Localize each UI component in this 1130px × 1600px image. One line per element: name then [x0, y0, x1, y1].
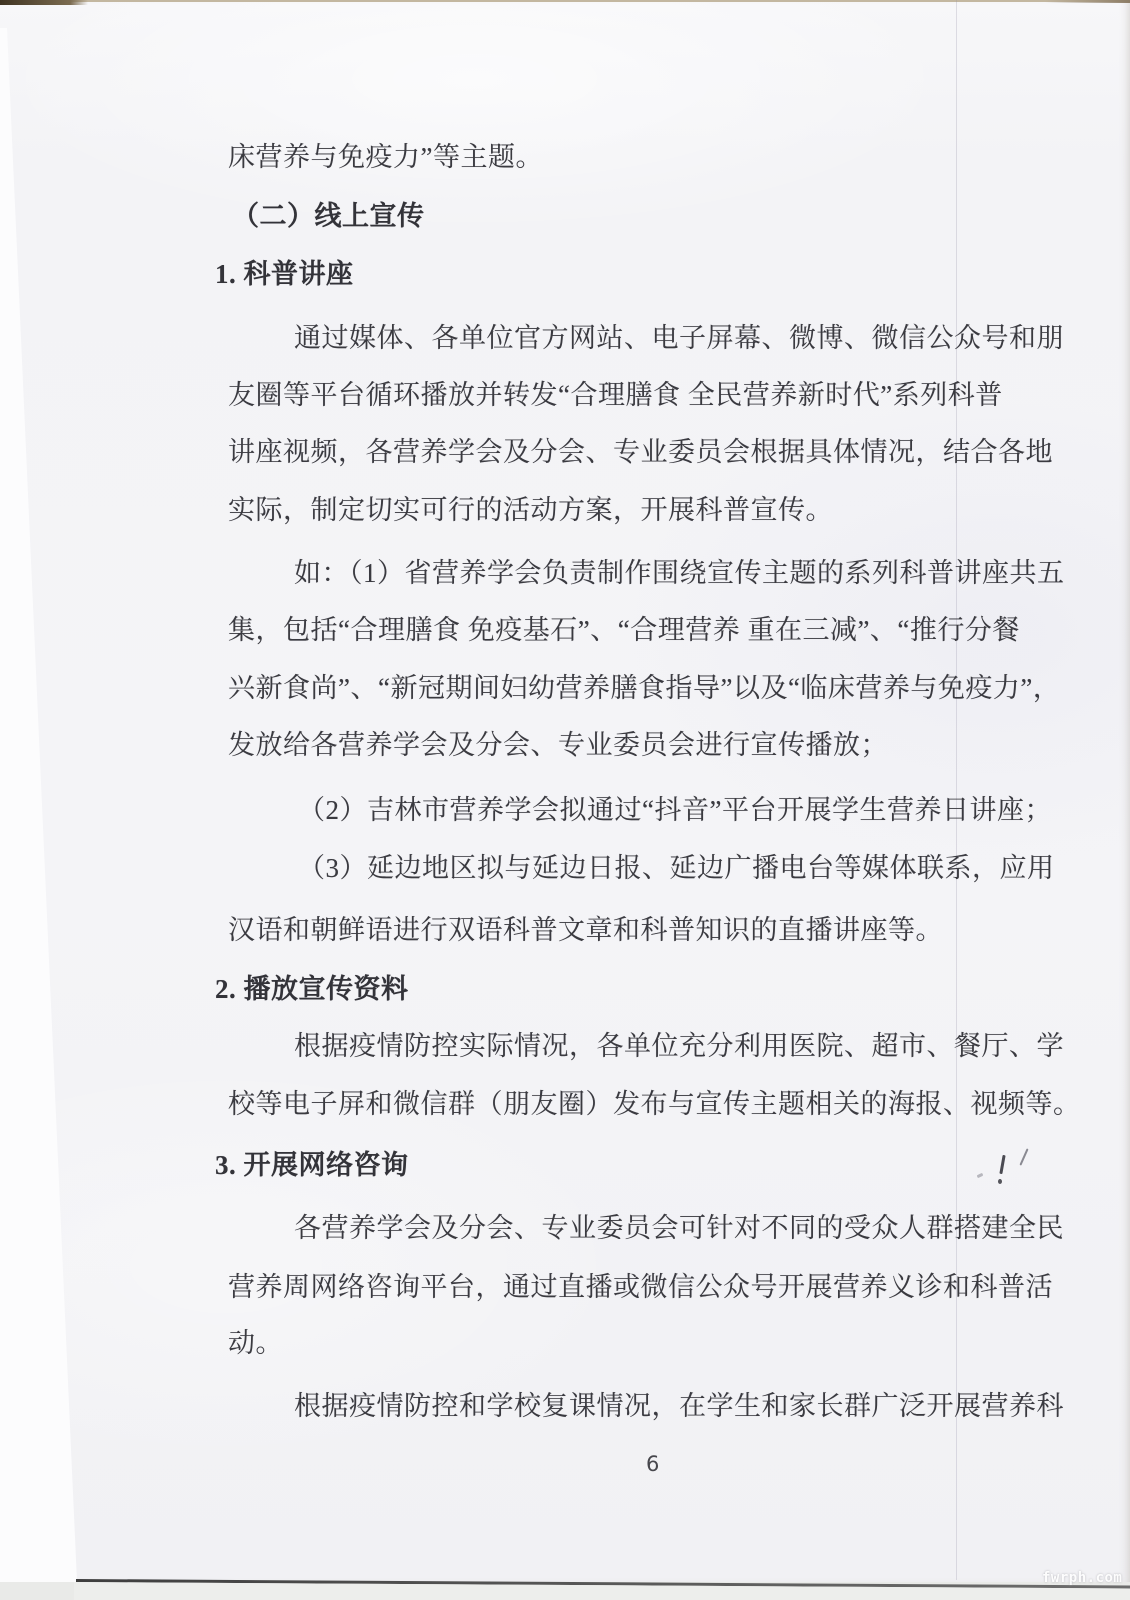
text-line: 根据疫情防控实际情况，各单位充分利用医院、超市、餐厅、学: [294, 1026, 1064, 1066]
numbered-heading: 3. 开展网络咨询: [215, 1145, 409, 1185]
text-line: 营养周网络咨询平台，通过直播或微信公众号开展营养义诊和科普活: [228, 1267, 1053, 1307]
site-watermark: fwrph.com: [1042, 1570, 1122, 1586]
text-line: 各营养学会及分会、专业委员会可针对不同的受众人群搭建全民: [294, 1208, 1064, 1248]
scanned-page: 床营养与免疫力”等主题。 （二）线上宣传 1. 科普讲座 通过媒体、各单位官方网…: [0, 0, 1130, 1600]
numbered-heading: 2. 播放宣传资料: [215, 969, 409, 1009]
text-line: 校等电子屏和微信群（朋友圈）发布与宣传主题相关的海报、视频等。: [228, 1084, 1081, 1124]
text-line: 动。: [228, 1323, 283, 1363]
text-line: 根据疫情防控和学校复课情况，在学生和家长群广泛开展营养科: [294, 1386, 1064, 1426]
text-line: 兴新食尚”、“新冠期间妇幼营养膳食指导”以及“临床营养与免疫力”，: [228, 668, 1060, 708]
scan-edge-top: [0, 0, 1130, 2]
text-line: 友圈等平台循环播放并转发“合理膳食 全民营养新时代”系列科普: [228, 375, 1003, 415]
numbered-heading: 1. 科普讲座: [215, 254, 354, 294]
section-heading: （二）线上宣传: [232, 196, 425, 236]
text-line: 如：（1）省营养学会负责制作围绕宣传主题的系列科普讲座共五: [294, 553, 1065, 593]
scan-edge-top-left: [0, 0, 88, 5]
text-line: 通过媒体、各单位官方网站、电子屏幕、微博、微信公众号和朋: [294, 318, 1064, 358]
text-line: 实际，制定切实可行的活动方案，开展科普宣传。: [228, 490, 833, 530]
text-line: （3）延边地区拟与延边日报、延边广播电台等媒体联系，应用: [298, 848, 1055, 888]
text-line: 发放给各营养学会及分会、专业委员会进行宣传播放；: [228, 725, 888, 765]
text-line: 讲座视频，各营养学会及分会、专业委员会根据具体情况，结合各地: [228, 432, 1053, 472]
text-line: 集，包括“合理膳食 免疫基石”、“合理营养 重在三减”、“推行分餐: [228, 610, 1020, 650]
scan-edge-top-right: [1045, 0, 1130, 3]
page-number: 6: [646, 1452, 659, 1476]
text-line: （2）吉林市营养学会拟通过“抖音”平台开展学生营养日讲座；: [298, 790, 1052, 830]
text-line: 床营养与免疫力”等主题。: [228, 137, 543, 177]
ink-mark: [998, 1179, 1002, 1184]
text-line: 汉语和朝鲜语进行双语科普文章和科普知识的直播讲座等。: [228, 910, 943, 950]
